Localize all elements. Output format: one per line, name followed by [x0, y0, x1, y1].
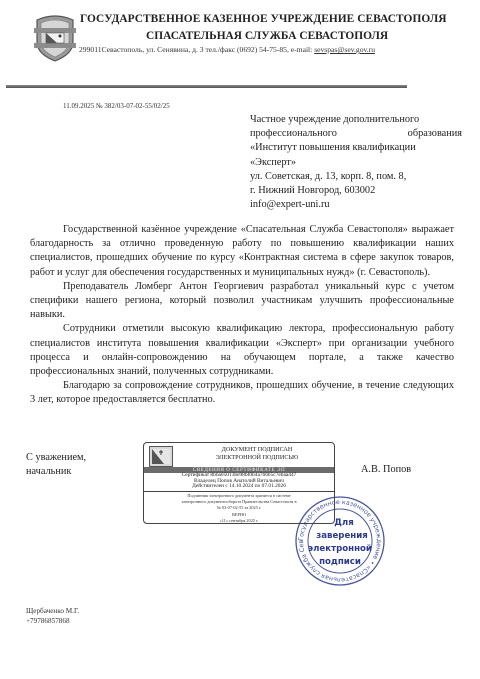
- org-contacts: 299011Севастополь, ул. Сенявина, д. 3 те…: [79, 45, 375, 54]
- official-stamp: Государственное казенное учреждение • «С…: [294, 495, 386, 587]
- executor-phone: +79786857868: [26, 617, 79, 627]
- body-paragraph: Благодарю за сопровождение сотрудников, …: [30, 379, 454, 407]
- addressee-street: ул. Советская, д. 13, корп. 8, пом. 8,: [250, 170, 462, 184]
- stamp-center-line1: Для: [334, 518, 353, 528]
- body-paragraph: Сотрудники отметили высокую квалификацию…: [30, 322, 454, 379]
- stamp-center-line2: заверения: [316, 531, 368, 541]
- addressee-city: г. Нижний Новгород, 603002: [250, 184, 462, 198]
- body-paragraph: Преподаватель Ломберг Антон Георгиевич р…: [30, 280, 454, 323]
- closing-block: С уважением, начальник: [26, 451, 86, 479]
- body-paragraph: Государственной казённое учреждение «Спа…: [30, 223, 454, 280]
- esig-title: ДОКУМЕНТ ПОДПИСАН ЭЛЕКТРОННОЙ ПОДПИСЬЮ: [184, 446, 330, 462]
- esig-certificate-info: Сертификат 8b6a05013be98bf0b4a766b5c7eba…: [144, 473, 334, 490]
- addressee-block: Частное учреждение дополнительного профе…: [250, 113, 462, 212]
- stamp-center-line4: подписи: [319, 557, 361, 567]
- executor-block: Щербаченко М.Г. +79786857868: [26, 607, 79, 626]
- addressee-line: «Институт повышения квалификации: [250, 141, 462, 155]
- signer-position: начальник: [26, 465, 86, 479]
- addressee-line: Частное учреждение дополнительного: [250, 113, 462, 127]
- stamp-center-line3: электронной: [308, 544, 372, 554]
- org-email-link[interactable]: sevspas@sev.gov.ru: [314, 45, 375, 54]
- addressee-line: профессионального образования: [250, 127, 462, 141]
- org-address-phone: 299011Севастополь, ул. Сенявина, д. 3 те…: [79, 45, 314, 54]
- signer-name: А.В. Попов: [361, 464, 411, 475]
- esig-divider: [144, 491, 334, 492]
- esig-title-line1: ДОКУМЕНТ ПОДПИСАН: [184, 446, 330, 454]
- executor-name: Щербаченко М.Г.: [26, 607, 79, 617]
- org-name-line2: СПАСАТЕЛЬНАЯ СЛУЖБА СЕВАСТОПОЛЯ: [146, 30, 388, 42]
- outgoing-date-number: 11.09.2025 № 382/03-07-02-55/02/25: [63, 102, 170, 110]
- esig-validity: Действителен с 14.10.2024 по 07.01.2026: [144, 484, 334, 490]
- closing-regards: С уважением,: [26, 451, 86, 465]
- header-divider: [6, 85, 407, 88]
- esig-title-line2: ЭЛЕКТРОННОЙ ПОДПИСЬЮ: [184, 454, 330, 462]
- coat-of-arms-icon: [149, 446, 173, 467]
- addressee-line: «Эксперт»: [250, 156, 462, 170]
- letter-body: Государственной казённое учреждение «Спа…: [30, 223, 454, 408]
- org-name-line1: ГОСУДАРСТВЕННОЕ КАЗЕННОЕ УЧРЕЖДЕНИЕ СЕВА…: [80, 13, 447, 25]
- addressee-email: info@expert-uni.ru: [250, 198, 462, 212]
- emblem-shield-icon: [33, 12, 77, 62]
